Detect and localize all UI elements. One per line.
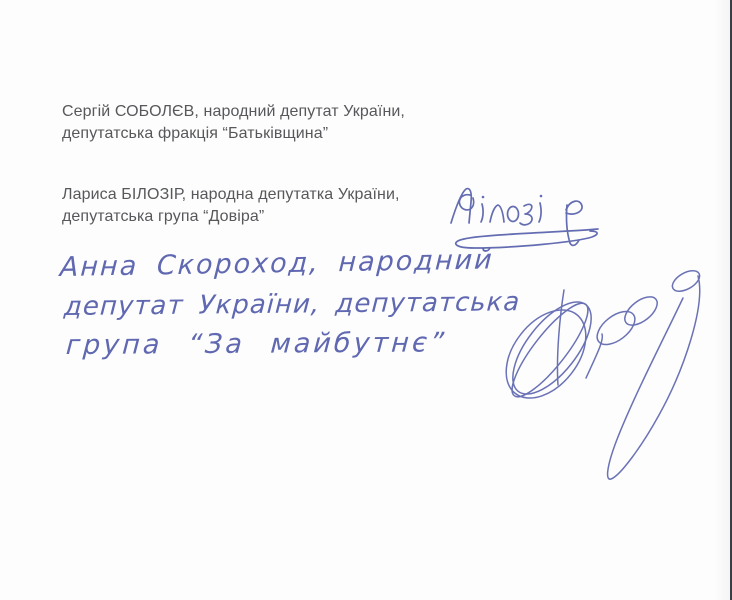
bilozir-signature-strokes [446,180,611,252]
signatory-block-bilozir: Лариса БІЛОЗІР, народна депутатка Україн… [62,184,400,228]
bilozir-signature [446,180,611,252]
skorokhod-signature [494,260,714,492]
handwritten-line-3: група “За майбутнє” [65,327,448,361]
scanned-document-page: Сергій СОБОЛЄВ, народний депутат України… [0,0,732,600]
handwritten-line-1: Анна Скороход, народний [59,244,494,283]
signatory-block-soboliev: Сергій СОБОЛЄВ, народний депутат України… [62,101,405,145]
signatory-name-line: Лариса БІЛОЗІР, народна депутатка Україн… [62,184,400,206]
skorokhod-signature-strokes [494,260,714,492]
signatory-faction-line: депутатська група “Довіра” [62,206,400,228]
signatory-faction-line: депутатська фракція “Батьківщина” [62,123,405,145]
handwritten-line-2: депутат України, депутатська [63,287,521,322]
scan-edge-shade [714,0,730,600]
signatory-name-line: Сергій СОБОЛЄВ, народний депутат України… [62,101,405,123]
